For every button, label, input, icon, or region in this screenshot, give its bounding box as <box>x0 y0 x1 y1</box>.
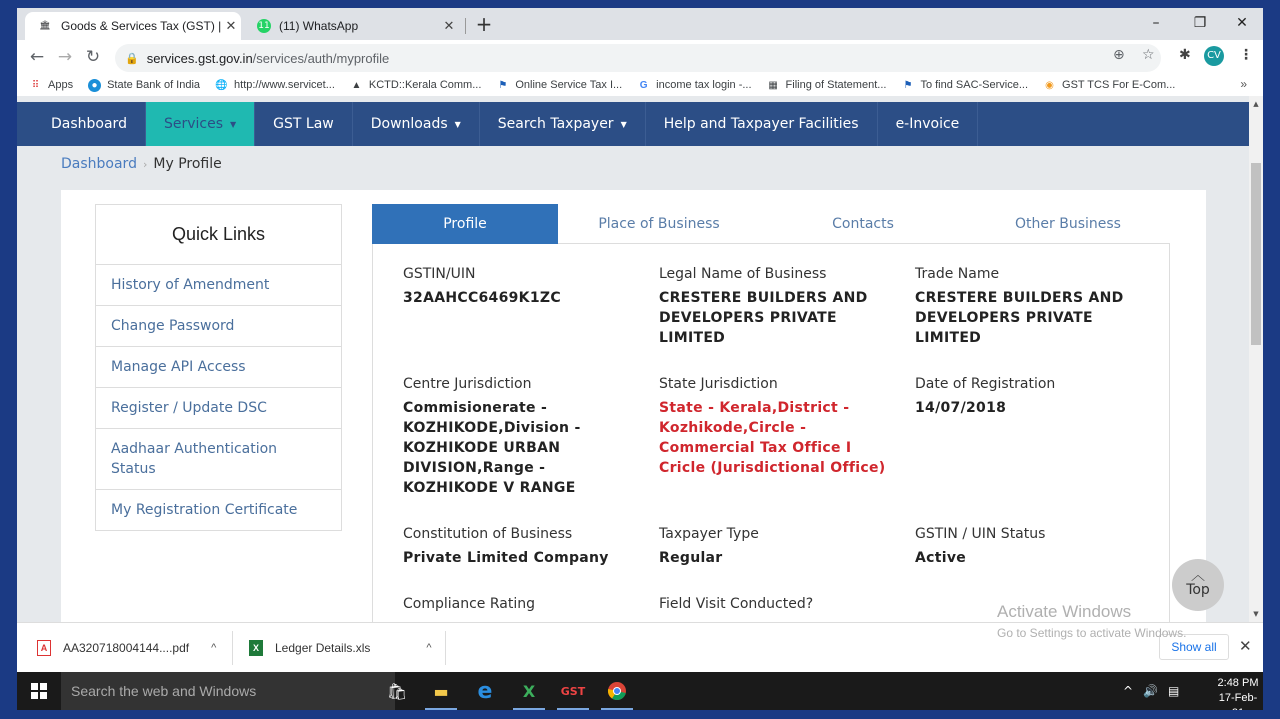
field-label: Taxpayer Type <box>659 524 899 544</box>
volume-icon[interactable]: 🔊 <box>1143 684 1158 698</box>
nav-downloads[interactable]: Downloads▼ <box>353 102 480 146</box>
field-value: Active <box>915 548 1155 568</box>
field-centre-jurisdiction: Centre Jurisdiction Commisionerate - KOZ… <box>403 374 603 498</box>
nav-dashboard[interactable]: Dashboard <box>17 102 146 146</box>
kebab-menu-icon[interactable]: ⋮ <box>1239 47 1253 63</box>
nav-gst-law[interactable]: GST Law <box>255 102 353 146</box>
field-date-of-registration: Date of Registration 14/07/2018 <box>915 374 1155 418</box>
bookmark-label: GST TCS For E-Com... <box>1062 79 1175 91</box>
bookmark-label: income tax login -... <box>656 79 751 91</box>
quick-link-change-password[interactable]: Change Password <box>96 306 341 347</box>
close-tab-icon[interactable]: ✕ <box>439 19 459 34</box>
tray-expand-icon[interactable]: ^ <box>1123 684 1133 698</box>
field-trade-name: Trade Name CRESTERE BUILDERS AND DEVELOP… <box>915 264 1141 348</box>
profile-tabs: Profile Place of Business Contacts Other… <box>372 204 1170 244</box>
restore-button[interactable]: ❐ <box>1185 12 1215 36</box>
pdf-icon: A <box>37 640 51 656</box>
field-field-visit: Field Visit Conducted? <box>659 594 899 618</box>
field-label: Legal Name of Business <box>659 264 885 284</box>
bookmark-servicetax[interactable]: 🌐http://www.servicet... <box>215 79 335 92</box>
field-legal-name: Legal Name of Business CRESTERE BUILDERS… <box>659 264 885 348</box>
quick-link-manage-api-access[interactable]: Manage API Access <box>96 347 341 388</box>
bookmark-online-service-tax[interactable]: ⚑Online Service Tax I... <box>496 79 622 92</box>
address-bar[interactable]: 🔒 services.gst.gov.in/services/auth/mypr… <box>115 44 1161 72</box>
download-item-xls[interactable]: X Ledger Details.xls ^ <box>249 623 432 673</box>
quick-link-register-update-dsc[interactable]: Register / Update DSC <box>96 388 341 429</box>
bookmark-filing[interactable]: ▦Filing of Statement... <box>767 79 887 92</box>
field-label: Field Visit Conducted? <box>659 594 899 614</box>
tab-strip: 🏛 Goods & Services Tax (GST) | Use ✕ 11 … <box>17 8 1263 40</box>
field-label: GSTIN / UIN Status <box>915 524 1155 544</box>
field-value: State - Kerala,District - Kozhikode,Circ… <box>659 398 897 478</box>
watermark-line1: Activate Windows <box>997 602 1186 622</box>
bookmark-gst-tcs[interactable]: ◉GST TCS For E-Com... <box>1043 79 1175 92</box>
download-filename: Ledger Details.xls <box>275 641 370 655</box>
field-label: Compliance Rating <box>403 594 643 614</box>
download-filename: AA320718004144....pdf <box>63 641 189 655</box>
bookmark-kctd[interactable]: ▲KCTD::Kerala Comm... <box>350 79 481 92</box>
scrollbar-thumb[interactable] <box>1251 163 1261 345</box>
bookmark-label: http://www.servicet... <box>234 79 335 91</box>
excel-icon: X <box>249 640 263 656</box>
scroll-down-icon[interactable]: ▼ <box>1249 610 1263 618</box>
flag-icon: ⚑ <box>496 79 509 92</box>
field-label: Constitution of Business <box>403 524 643 544</box>
profile-content: Quick Links History of Amendment Change … <box>61 190 1206 622</box>
bookmark-sac[interactable]: ⚑To find SAC-Service... <box>901 79 1028 92</box>
gst-app-icon[interactable]: GST <box>551 672 595 710</box>
tab-other-business[interactable]: Other Business <box>966 204 1170 244</box>
whatsapp-icon: 11 <box>257 19 271 33</box>
quick-link-registration-certificate[interactable]: My Registration Certificate <box>96 490 341 530</box>
breadcrumb: Dashboard › My Profile <box>61 156 222 172</box>
reload-icon[interactable]: ↻ <box>81 45 105 69</box>
field-label: GSTIN/UIN <box>403 264 643 284</box>
url-host: services.gst.gov.in <box>147 51 253 66</box>
browser-window: 🏛 Goods & Services Tax (GST) | Use ✕ 11 … <box>17 8 1263 710</box>
caret-down-icon: ▼ <box>621 120 627 129</box>
new-tab-button[interactable]: + <box>472 13 496 37</box>
breadcrumb-separator: › <box>143 158 147 171</box>
quick-link-aadhaar-authentication[interactable]: Aadhaar Authentication Status <box>96 429 341 490</box>
sbi-icon: ● <box>88 79 101 92</box>
field-label: State Jurisdiction <box>659 374 897 394</box>
extensions-puzzle-icon[interactable]: ✱ <box>1179 47 1191 63</box>
clock-time: 2:48 PM <box>1213 676 1263 691</box>
nav-label: e-Invoice <box>896 116 960 132</box>
back-arrow-icon[interactable]: ← <box>25 45 49 69</box>
close-window-button[interactable]: ✕ <box>1227 12 1257 36</box>
profile-details-panel: GSTIN/UIN 32AAHCC6469K1ZC Legal Name of … <box>372 244 1170 622</box>
bookmark-apps[interactable]: ⠿Apps <box>29 79 73 92</box>
field-gstin-status: GSTIN / UIN Status Active <box>915 524 1155 568</box>
bookmark-label: Online Service Tax I... <box>515 79 622 91</box>
browser-toolbar: ← → ↻ 🔒 services.gst.gov.in/services/aut… <box>17 40 1263 74</box>
field-value: Private Limited Company <box>403 548 643 568</box>
watermark-line2: Go to Settings to activate Windows. <box>997 626 1186 640</box>
field-value: CRESTERE BUILDERS AND DEVELOPERS PRIVATE… <box>659 288 885 348</box>
globe-icon: 🌐 <box>215 79 228 92</box>
bookmark-label: State Bank of India <box>107 79 200 91</box>
tab-divider <box>465 18 466 34</box>
url-path: /services/auth/myprofile <box>253 51 390 66</box>
bookmark-label: Apps <box>48 79 73 91</box>
page-viewport: Dashboard Services▼ GST Law Downloads▼ S… <box>17 96 1249 622</box>
apps-grid-icon: ⠿ <box>29 79 42 92</box>
quick-links-title: Quick Links <box>96 205 341 265</box>
activate-windows-watermark: Activate Windows Go to Settings to activ… <box>997 602 1186 640</box>
field-state-jurisdiction: State Jurisdiction State - Kerala,Distri… <box>659 374 897 478</box>
caret-down-icon: ▼ <box>230 120 236 129</box>
download-divider <box>232 631 233 665</box>
taskbar-search[interactable]: Search the web and Windows <box>61 672 395 710</box>
nav-services[interactable]: Services▼ <box>146 102 255 146</box>
tab-whatsapp[interactable]: 11 (11) WhatsApp ✕ <box>245 12 459 40</box>
breadcrumb-current: My Profile <box>153 156 221 172</box>
tab-gst[interactable]: 🏛 Goods & Services Tax (GST) | Use ✕ <box>25 12 241 40</box>
kctd-icon: ▲ <box>350 79 363 92</box>
bookmark-income-tax[interactable]: Gincome tax login -... <box>637 79 751 92</box>
action-center-icon[interactable]: ▤ <box>1168 684 1179 698</box>
zoom-icon[interactable]: ⊕ <box>1113 47 1125 63</box>
field-value: CRESTERE BUILDERS AND DEVELOPERS PRIVATE… <box>915 288 1141 348</box>
nav-label: GST Law <box>273 116 334 132</box>
chrome-icon[interactable] <box>595 672 639 710</box>
tab-place-of-business[interactable]: Place of Business <box>558 204 760 244</box>
scroll-up-icon[interactable]: ▲ <box>1249 100 1263 108</box>
field-label: Centre Jurisdiction <box>403 374 603 394</box>
field-label: Date of Registration <box>915 374 1155 394</box>
bookmark-star-icon[interactable]: ☆ <box>1142 47 1155 63</box>
field-constitution: Constitution of Business Private Limited… <box>403 524 643 568</box>
field-label: Trade Name <box>915 264 1141 284</box>
more-bookmarks-button[interactable]: » <box>1240 77 1247 91</box>
bookmarks-bar: ⠿Apps ●State Bank of India 🌐http://www.s… <box>17 74 1263 96</box>
quick-link-history-of-amendment[interactable]: History of Amendment <box>96 265 341 306</box>
excel-taskbar-icon[interactable]: X <box>507 672 551 710</box>
flag-icon: ⚑ <box>901 79 914 92</box>
page-scrollbar[interactable]: ▲ ▼ <box>1249 96 1263 622</box>
download-item-pdf[interactable]: A AA320718004144....pdf ^ <box>37 623 216 673</box>
field-value: Regular <box>659 548 899 568</box>
clock-date: 17-Feb-21 <box>1213 691 1263 710</box>
bookmark-label: To find SAC-Service... <box>920 79 1028 91</box>
bookmark-label: KCTD::Kerala Comm... <box>369 79 481 91</box>
system-tray: ^ 🔊 ▤ <box>1123 672 1179 710</box>
close-downloads-icon[interactable]: ✕ <box>1239 637 1252 655</box>
forward-arrow-icon[interactable]: → <box>53 45 77 69</box>
windows-logo-icon <box>31 683 47 699</box>
breadcrumb-dashboard-link[interactable]: Dashboard <box>61 156 137 172</box>
download-divider <box>445 631 446 665</box>
circle-icon: ◉ <box>1043 79 1056 92</box>
nav-e-invoice[interactable]: e-Invoice <box>878 102 979 146</box>
field-value: Commisionerate - KOZHIKODE,Division - KO… <box>403 398 603 498</box>
gst-main-nav: Dashboard Services▼ GST Law Downloads▼ S… <box>17 102 1249 146</box>
edge-icon[interactable]: e <box>463 672 507 710</box>
field-gstin: GSTIN/UIN 32AAHCC6469K1ZC <box>403 264 643 308</box>
close-tab-icon[interactable]: ✕ <box>221 19 241 34</box>
chevron-up-icon: ︿ <box>1172 569 1224 583</box>
lock-icon: 🔒 <box>125 52 139 65</box>
tab-profile[interactable]: Profile <box>372 204 558 244</box>
nav-label: Help and Taxpayer Facilities <box>664 116 859 132</box>
store-icon[interactable]: 🛍 <box>375 672 419 710</box>
gst-emblem-icon: 🏛 <box>37 18 53 34</box>
tab-title: (11) WhatsApp <box>279 19 439 33</box>
profile-avatar[interactable]: CV <box>1204 46 1224 66</box>
field-taxpayer-type: Taxpayer Type Regular <box>659 524 899 568</box>
nav-label: Downloads <box>371 116 448 132</box>
field-value: 32AAHCC6469K1ZC <box>403 288 643 308</box>
nav-search-taxpayer[interactable]: Search Taxpayer▼ <box>480 102 646 146</box>
chart-icon: ▦ <box>767 79 780 92</box>
file-explorer-icon[interactable]: ▬ <box>419 672 463 710</box>
caret-down-icon: ▼ <box>455 120 461 129</box>
start-button[interactable] <box>17 672 61 710</box>
nav-help[interactable]: Help and Taxpayer Facilities <box>646 102 878 146</box>
taskbar-clock[interactable]: 2:48 PM 17-Feb-21 <box>1213 676 1263 710</box>
quick-links-panel: Quick Links History of Amendment Change … <box>95 204 342 531</box>
google-icon: G <box>637 79 650 92</box>
tab-contacts[interactable]: Contacts <box>760 204 966 244</box>
field-value: 14/07/2018 <box>915 398 1155 418</box>
nav-label: Dashboard <box>51 116 127 132</box>
bookmark-label: Filing of Statement... <box>786 79 887 91</box>
windows-taskbar: Search the web and Windows 🛍 ▬ e X GST ^… <box>17 672 1263 710</box>
nav-label: Search Taxpayer <box>498 116 614 132</box>
field-compliance-rating: Compliance Rating <box>403 594 643 618</box>
top-label: Top <box>1186 582 1210 598</box>
chevron-up-icon[interactable]: ^ <box>211 642 216 654</box>
bookmark-sbi[interactable]: ●State Bank of India <box>88 79 200 92</box>
chrome-logo-icon <box>607 681 627 701</box>
tab-title: Goods & Services Tax (GST) | Use <box>61 19 221 33</box>
minimize-button[interactable]: – <box>1141 12 1171 36</box>
nav-label: Services <box>164 116 223 132</box>
chevron-up-icon[interactable]: ^ <box>426 642 431 654</box>
